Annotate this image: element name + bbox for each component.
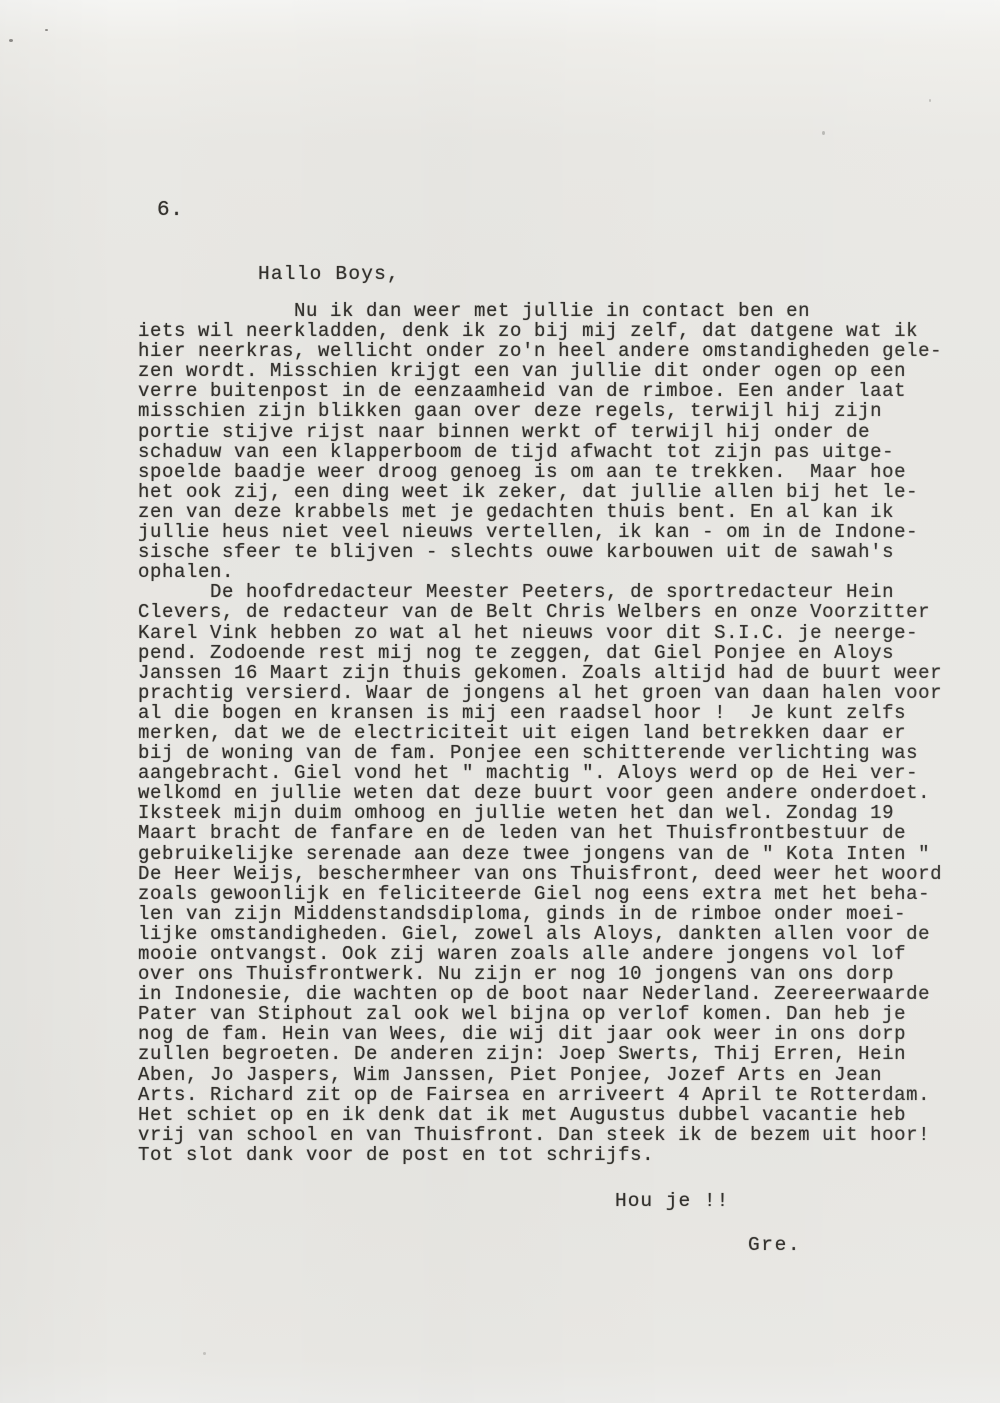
letter-body: Nu ik dan weer met jullie in contact ben…: [138, 301, 968, 1165]
closing-line: Hou je !!: [615, 1190, 729, 1212]
page-number: 6.: [157, 199, 183, 222]
scan-artifact-speck: [929, 99, 931, 102]
scan-artifact-speck: [203, 1352, 206, 1355]
scan-artifact-speck: [822, 131, 825, 135]
salutation: Hallo Boys,: [258, 263, 400, 285]
scan-artifact-speck: [45, 29, 48, 31]
scanned-letter-page: 6. Hallo Boys, Nu ik dan weer met jullie…: [0, 0, 1000, 1403]
signature: Gre.: [748, 1234, 801, 1256]
scan-artifact-speck: [9, 39, 13, 42]
